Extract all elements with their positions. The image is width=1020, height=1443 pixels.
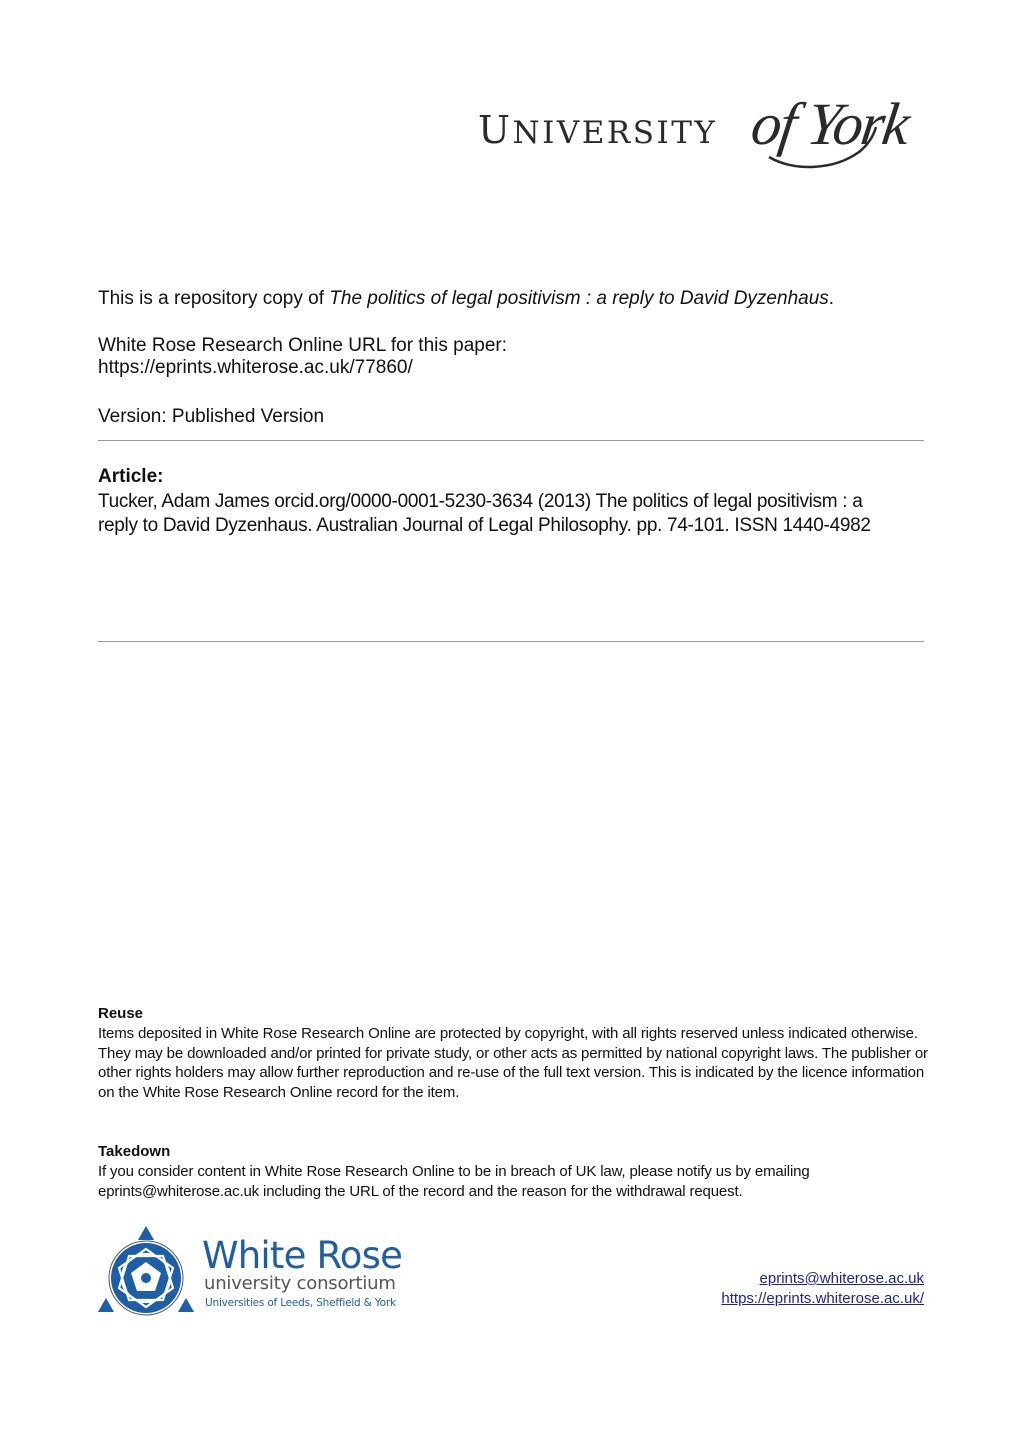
paper-url: https://eprints.whiterose.ac.uk/77860/ — [98, 357, 413, 379]
white-rose-emblem-icon — [98, 1224, 198, 1320]
repository-intro-suffix: . — [829, 288, 834, 309]
white-rose-logo: White Rose university consortium Univers… — [98, 1224, 393, 1320]
white-rose-universities: Universities of Leeds, Sheffield & York — [205, 1297, 396, 1309]
white-rose-subtitle: university consortium — [204, 1273, 396, 1294]
white-rose-title: White Rose — [202, 1234, 402, 1277]
takedown-heading: Takedown — [98, 1143, 170, 1160]
reuse-body: Items deposited in White Rose Research O… — [98, 1024, 928, 1102]
repository-copy-line: This is a repository copy of The politic… — [98, 288, 834, 310]
divider — [98, 440, 924, 441]
contact-email-link[interactable]: eprints@whiterose.ac.uk — [760, 1270, 924, 1287]
divider — [98, 641, 924, 642]
paper-title: The politics of legal positivism : a rep… — [329, 288, 829, 309]
york-logo-swash-icon — [764, 122, 914, 172]
repository-intro-prefix: This is a repository copy of — [98, 288, 329, 309]
url-label: White Rose Research Online URL for this … — [98, 335, 507, 357]
article-citation: Tucker, Adam James orcid.org/0000-0001-5… — [98, 490, 898, 538]
reuse-heading: Reuse — [98, 1005, 143, 1022]
repository-home-link[interactable]: https://eprints.whiterose.ac.uk/ — [721, 1290, 924, 1307]
version-line: Version: Published Version — [98, 406, 324, 428]
york-logo-caps-text: UNIVERSITY — [478, 108, 717, 152]
takedown-body: If you consider content in White Rose Re… — [98, 1162, 928, 1201]
article-heading: Article: — [98, 466, 163, 488]
university-of-york-logo: UNIVERSITY of York — [474, 92, 929, 172]
